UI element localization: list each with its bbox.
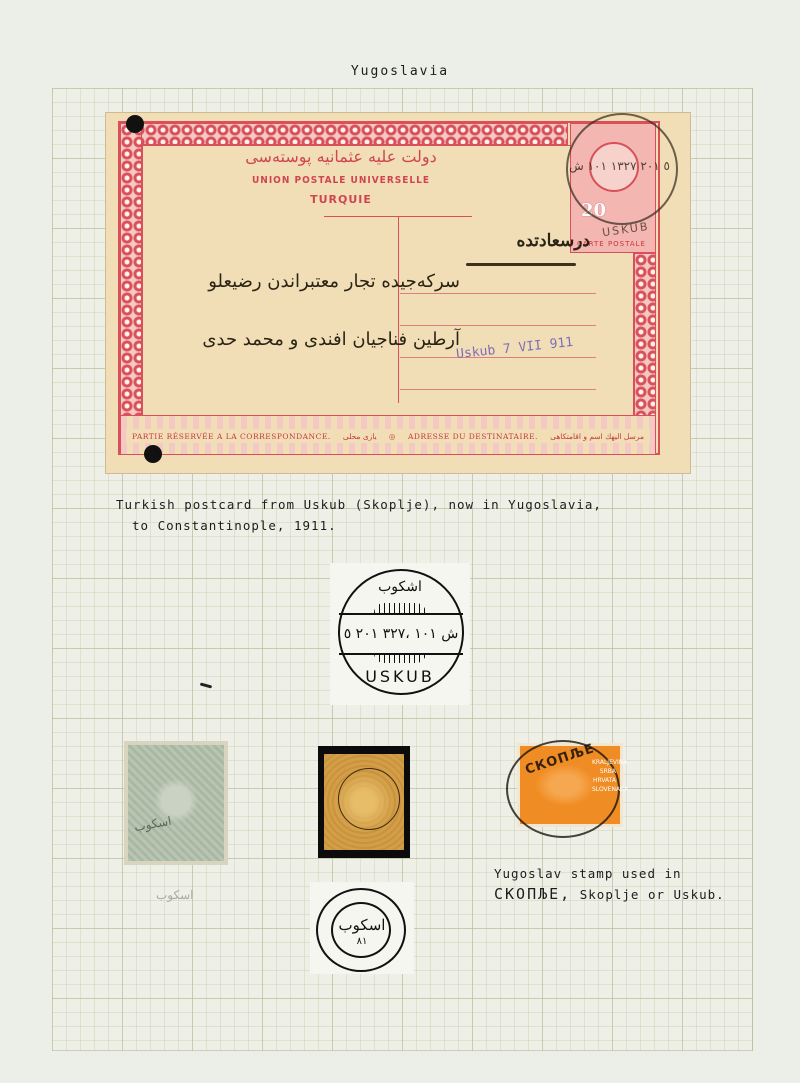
cancel-hatching [374,603,426,613]
ornament-icon: ◎ [389,432,396,441]
address-label: ADRESSE DU DESTINATAIRE. [408,432,538,441]
correspondence-label: PARTIE RÉSERVÉE A LA CORRESPONDANCE. [132,432,331,441]
pencil-note: اسكوب [156,888,194,902]
caption-line-2: Skoplje or Uskub. [580,887,725,902]
ochre-ottoman-stamp [324,754,404,850]
address-line [400,389,596,390]
center-divider [398,217,399,403]
address-line [400,293,596,294]
address-line-1: درسعادتده [516,231,590,251]
green-ottoman-stamp: اسكوب [128,745,224,861]
address-line [400,325,596,326]
caption-line-1: Yugoslav stamp used in [494,864,725,884]
caption-line-1: Turkish postcard from Uskub (Skoplje), n… [116,497,602,512]
cancel-date-band: ش ١٠١ ،٣٢٧ ٢٠١ ٥ [339,613,463,655]
address-line-2: سركه‌جيده تجار معتبراندن رضيعلو [208,271,460,292]
country-label: TURQUIE [106,193,576,206]
upu-line: UNION POSTALE UNIVERSELLE [106,175,576,186]
stamp-cancel: اسكوب [133,814,172,834]
cancel-latin-town: USKUB [330,667,470,686]
caption-line-2: to Constantinople, 1911. [116,515,602,536]
seal-text: اسكوب [310,916,414,934]
cancel-hatching [374,653,426,663]
stamp-cancel-circle [338,768,400,830]
postmark-date: ٥ ٢٠١ ١٣٢٧ ١٠١ ش [569,159,670,173]
punch-hole-icon [126,115,144,133]
cyrillic-town: СКОПЉЕ, [494,885,571,903]
postcard-border-top [120,123,568,145]
seal-number: ٨١ [310,936,414,947]
postcard-border-right [634,253,656,418]
uskub-cancel-drawing: اشكوب ش ١٠١ ،٣٢٧ ٢٠١ ٥ USKUB [330,563,470,705]
postcard-bottom-legend: PARTIE RÉSERVÉE A LA CORRESPONDANCE. ياز… [126,429,650,443]
address-label-arabic: مرسل اليهك اسم و اقامتكاهى [550,432,644,441]
address-line-3: آرطين فناجيان افندى و محمد حدى [202,329,460,350]
ottoman-heading: دولت علیه عثمانیه پوسته‌سی [106,147,576,166]
postcard-border-left [120,123,142,418]
punch-hole-icon [144,445,162,463]
cancel-arabic-town: اشكوب [330,579,470,595]
turkish-postcard: دولت علیه عثمانیه پوسته‌سی UNION POSTALE… [106,113,690,473]
stamp-side-text: KRALJEVINA SRBA HRVATA SLOVENACA [592,758,616,794]
correspondence-label-arabic: يازى محلى [343,432,377,441]
orange-yugoslav-stamp: СКОПЉЕ KRALJEVINA SRBA HRVATA SLOVENACA [520,746,620,824]
black-stamp-mount [318,746,410,858]
yugoslav-caption: Yugoslav stamp used in СКОПЉЕ, Skoplje o… [494,864,725,905]
address-underline [466,263,576,266]
seal-drawing: اسكوب ٨١ [310,882,414,974]
postcard-caption: Turkish postcard from Uskub (Skoplje), n… [116,494,602,536]
page-title: Yugoslavia [0,64,800,79]
